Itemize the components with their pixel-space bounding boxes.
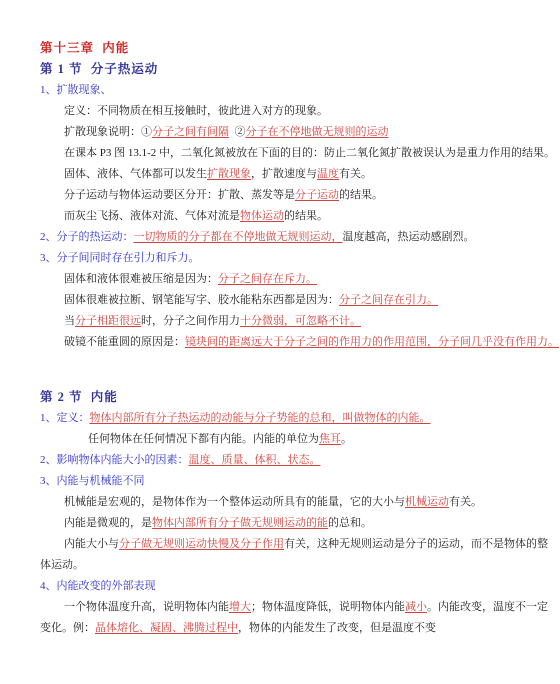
document-page: 第十三章 内能第 1 节 分子热运动1、扩散现象、定义：不同物质在相互接触时，彼… xyxy=(0,0,560,684)
highlighted-text: 分子之间有间隔 xyxy=(152,126,229,138)
highlighted-text: 温度、质量、体积、状态。 xyxy=(189,454,321,466)
item-label: 3、内能与机械能不同 xyxy=(40,475,145,487)
highlighted-text: 分子运动 xyxy=(295,189,339,201)
heading-text: 第 1 节 分子热运动 xyxy=(40,62,158,76)
body-line: 变化。例：晶体熔化、凝固、沸腾过程中，物体的内能发生了改变，但是温度不变 xyxy=(40,618,532,639)
text-run: 的结果。 xyxy=(339,189,383,201)
highlighted-text: 分子之间存在引力。 xyxy=(339,294,438,306)
body-line: 固体、液体、气体都可以发生扩散现象，扩散速度与温度有关。 xyxy=(40,164,532,185)
text-run: 分子运动与物体运动要区分开：扩散、蒸发等是 xyxy=(64,189,295,201)
body-line: 扩散现象说明：①分子之间有间隔 ②分子在不停地做无规则的运动 xyxy=(40,122,532,143)
highlighted-text: 增大 xyxy=(229,601,251,613)
highlighted-text: 十分微弱，可忽略不计。 xyxy=(240,315,361,327)
item-label: 2、影响物体内能大小的因素： xyxy=(40,454,189,466)
text-run: 固体和液体很难被压缩是因为： xyxy=(64,273,218,285)
body-line: 一个物体温度升高，说明物体内能增大；物体温度降低，说明物体内能减小。内能改变，温… xyxy=(40,597,532,618)
text-run: 有关。 xyxy=(449,496,482,508)
highlighted-text: 分子相距很远 xyxy=(75,315,141,327)
text-run: 定义：不同物质在相互接触时，彼此进入对方的现象。 xyxy=(64,105,328,117)
highlighted-text: 分子之间存在斥力。 xyxy=(218,273,317,285)
text-run: ，扩散速度与 xyxy=(251,168,317,180)
item-label: 3、分子间同时存在引力和斥力。 xyxy=(40,252,200,264)
numbered-item: 1、扩散现象、 xyxy=(40,80,532,101)
text-run: 内能是微观的，是 xyxy=(64,517,152,529)
text-run: 的总和。 xyxy=(328,517,372,529)
text-run: 扩散现象说明：① xyxy=(64,126,152,138)
body-line: 机械能是宏观的，是物体作为一个整体运动所具有的能量，它的大小与机械运动有关。 xyxy=(40,492,532,513)
section-title: 第 1 节 分子热运动 xyxy=(40,59,532,80)
text-run: 固体很难被拉断、钢笔能写字、胶水能粘东西都是因为： xyxy=(64,294,339,306)
body-line: 内能是微观的，是物体内部所有分子做无规则运动的能的总和。 xyxy=(40,513,532,534)
numbered-item: 1、定义：物体内部所有分子热运动的动能与分子势能的总和，叫做物体的内能。 xyxy=(40,408,532,429)
text-run: 当 xyxy=(64,315,75,327)
body-line: 破镜不能重圆的原因是：镜块间的距离远大于分子之间的作用力的作用范围，分子间几乎没… xyxy=(40,332,532,353)
text-run: 时，分子之间作用力 xyxy=(141,315,240,327)
text-run: 体运动。 xyxy=(40,559,84,571)
text-run: ，物体的内能发生了改变，但是温度不变 xyxy=(238,622,436,634)
body-line: 而灰尘飞扬、液体对流、气体对流是物体运动的结果。 xyxy=(40,206,532,227)
item-label: 1、定义： xyxy=(40,412,90,424)
numbered-item: 4、内能改变的外部表现 xyxy=(40,576,532,597)
highlighted-text: 物体运动 xyxy=(240,210,284,222)
body-line: 定义：不同物质在相互接触时，彼此进入对方的现象。 xyxy=(40,101,532,122)
heading-text: 第 2 节 内能 xyxy=(40,390,118,404)
text-run: 内能大小与 xyxy=(64,538,119,550)
highlighted-text: 扩散现象 xyxy=(207,168,251,180)
body-line: 分子运动与物体运动要区分开：扩散、蒸发等是分子运动的结果。 xyxy=(40,185,532,206)
highlighted-text: 一切物质的分子都在不停地做无规则运动， xyxy=(134,231,343,243)
body-line: 内能大小与分子做无规则运动快慢及分子作用有关，这种无规则运动是分子的运动，而不是… xyxy=(40,534,532,555)
section-title: 第 2 节 内能 xyxy=(40,387,532,408)
highlighted-text: 分子做无规则运动快慢及分子作用 xyxy=(119,538,284,550)
text-run: 。 xyxy=(341,433,352,445)
text-run: 的结果。 xyxy=(284,210,328,222)
text-run: 有关，这种无规则运动是分子的运动，而不是物体的整 xyxy=(284,538,548,550)
numbered-item: 3、内能与机械能不同 xyxy=(40,471,532,492)
body-line: 当分子相距很远时，分子之间作用力十分微弱，可忽略不计。 xyxy=(40,311,532,332)
text-run: 而灰尘飞扬、液体对流、气体对流是 xyxy=(64,210,240,222)
highlighted-text: 分子在不停地做无规则的运动 xyxy=(246,126,389,138)
item-label: 2、分子的热运动： xyxy=(40,231,134,243)
text-run: 。内能改变，温度不一定 xyxy=(427,601,548,613)
numbered-item: 2、影响物体内能大小的因素：温度、质量、体积、状态。 xyxy=(40,450,532,471)
body-line: 任何物体在任何情况下都有内能。内能的单位为焦耳。 xyxy=(40,429,532,450)
text-run: 固体、液体、气体都可以发生 xyxy=(64,168,207,180)
body-line: 固体和液体很难被压缩是因为：分子之间存在斥力。 xyxy=(40,269,532,290)
body-line: 体运动。 xyxy=(40,555,532,576)
highlighted-text: 晶体熔化、凝固、沸腾过程中 xyxy=(95,622,238,634)
body-line: 固体很难被拉断、钢笔能写字、胶水能粘东西都是因为：分子之间存在引力。 xyxy=(40,290,532,311)
highlighted-text: 机械运动 xyxy=(405,496,449,508)
item-label: 1、扩散现象、 xyxy=(40,84,112,96)
text-run: 破镜不能重圆的原因是： xyxy=(64,336,185,348)
body-line: 在课本 P3 图 13.1-2 中，二氧化氮被放在下面的目的：防止二氧化氮扩散被… xyxy=(40,143,532,164)
text-run: 一个物体温度升高，说明物体内能 xyxy=(64,601,229,613)
highlighted-text: 镜块间的距离远大于分子之间的作用力的作用范围，分子间几乎没有作用力。 xyxy=(185,336,559,348)
numbered-item: 3、分子间同时存在引力和斥力。 xyxy=(40,248,532,269)
text-run: 变化。例： xyxy=(40,622,95,634)
document-body: 第十三章 内能第 1 节 分子热运动1、扩散现象、定义：不同物质在相互接触时，彼… xyxy=(0,0,560,639)
highlighted-text: 物体内部所有分子做无规则运动的能 xyxy=(152,517,328,529)
highlighted-text: 减小 xyxy=(405,601,427,613)
text-run: 有关。 xyxy=(339,168,372,180)
text-run: 机械能是宏观的，是物体作为一个整体运动所具有的能量，它的大小与 xyxy=(64,496,405,508)
numbered-item: 2、分子的热运动：一切物质的分子都在不停地做无规则运动，温度越高，热运动感剧烈。 xyxy=(40,227,532,248)
text-run: ；物体温度降低，说明物体内能 xyxy=(251,601,405,613)
item-label: 4、内能改变的外部表现 xyxy=(40,580,156,592)
text-run: ② xyxy=(229,126,246,138)
text-run: 在课本 P3 图 13.1-2 中，二氧化氮被放在下面的目的：防止二氧化氮扩散被… xyxy=(64,147,555,159)
highlighted-text: 物体内部所有分子热运动的动能与分子势能的总和，叫做物体的内能。 xyxy=(90,412,431,424)
text-run: 温度越高，热运动感剧烈。 xyxy=(343,231,475,243)
heading-text: 第十三章 内能 xyxy=(40,41,129,55)
highlighted-text: 焦耳 xyxy=(319,433,341,445)
highlighted-text: 温度 xyxy=(317,168,339,180)
chapter-title: 第十三章 内能 xyxy=(40,38,532,59)
text-run: 任何物体在任何情况下都有内能。内能的单位为 xyxy=(88,433,319,445)
